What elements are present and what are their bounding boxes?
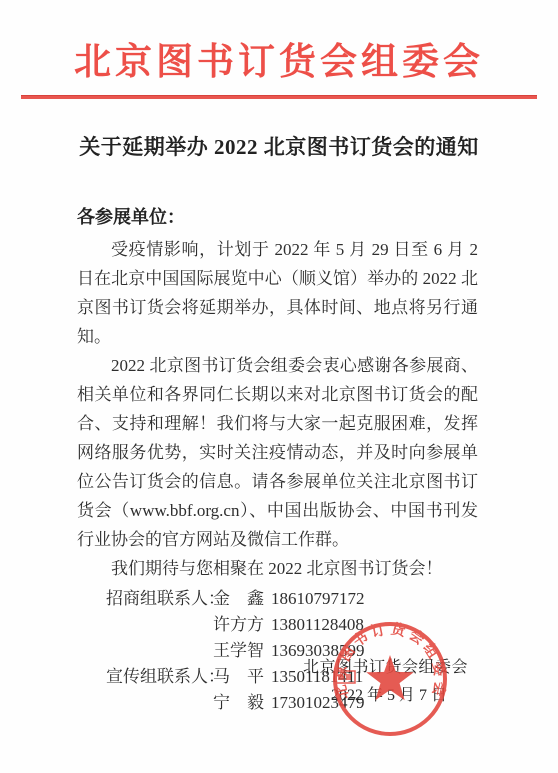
signature-date: 2022 年 5 月 7 日 (331, 682, 447, 705)
paragraph-thanks: 2022 北京图书订货会组委会衷心感谢各参展商、相关单位和各界同仁长期以来对北京… (77, 351, 478, 554)
contact-row: 招商组联系人：金 鑫18610797172 (106, 586, 498, 612)
notice-body: 受疫情影响，计划于 2022 年 5 月 29 日至 6 月 2 日在北京中国国… (77, 235, 478, 583)
contact-name: 马 平 (213, 664, 271, 690)
contact-phone: 18610797172 (271, 586, 365, 612)
contact-name: 宁 毅 (213, 690, 271, 716)
paragraph-closing: 我们期待与您相聚在 2022 北京图书订货会！ (77, 554, 478, 583)
contact-row: 许方方13801128408 (106, 612, 498, 638)
contact-group-label: 宣传组联系人： (106, 664, 213, 690)
contact-name: 王学智 (213, 638, 271, 664)
notice-document-page: 北京图书订货会组委会 关于延期举办 2022 北京图书订货会的通知 各参展单位：… (0, 0, 558, 773)
letterhead-org-name: 北京图书订货会组委会 (0, 0, 558, 86)
contact-name: 金 鑫 (213, 586, 271, 612)
contact-phone: 13801128408 (271, 612, 364, 638)
salutation: 各参展单位： (77, 203, 478, 229)
contact-group-label: 招商组联系人： (106, 586, 213, 612)
paragraph-postponement: 受疫情影响，计划于 2022 年 5 月 29 日至 6 月 2 日在北京中国国… (77, 235, 478, 351)
signature-org-name: 北京图书订货会组委会 (303, 654, 468, 677)
notice-title: 关于延期举办 2022 北京图书订货会的通知 (0, 131, 558, 161)
contact-name: 许方方 (213, 612, 271, 638)
letterhead-divider (21, 95, 537, 99)
